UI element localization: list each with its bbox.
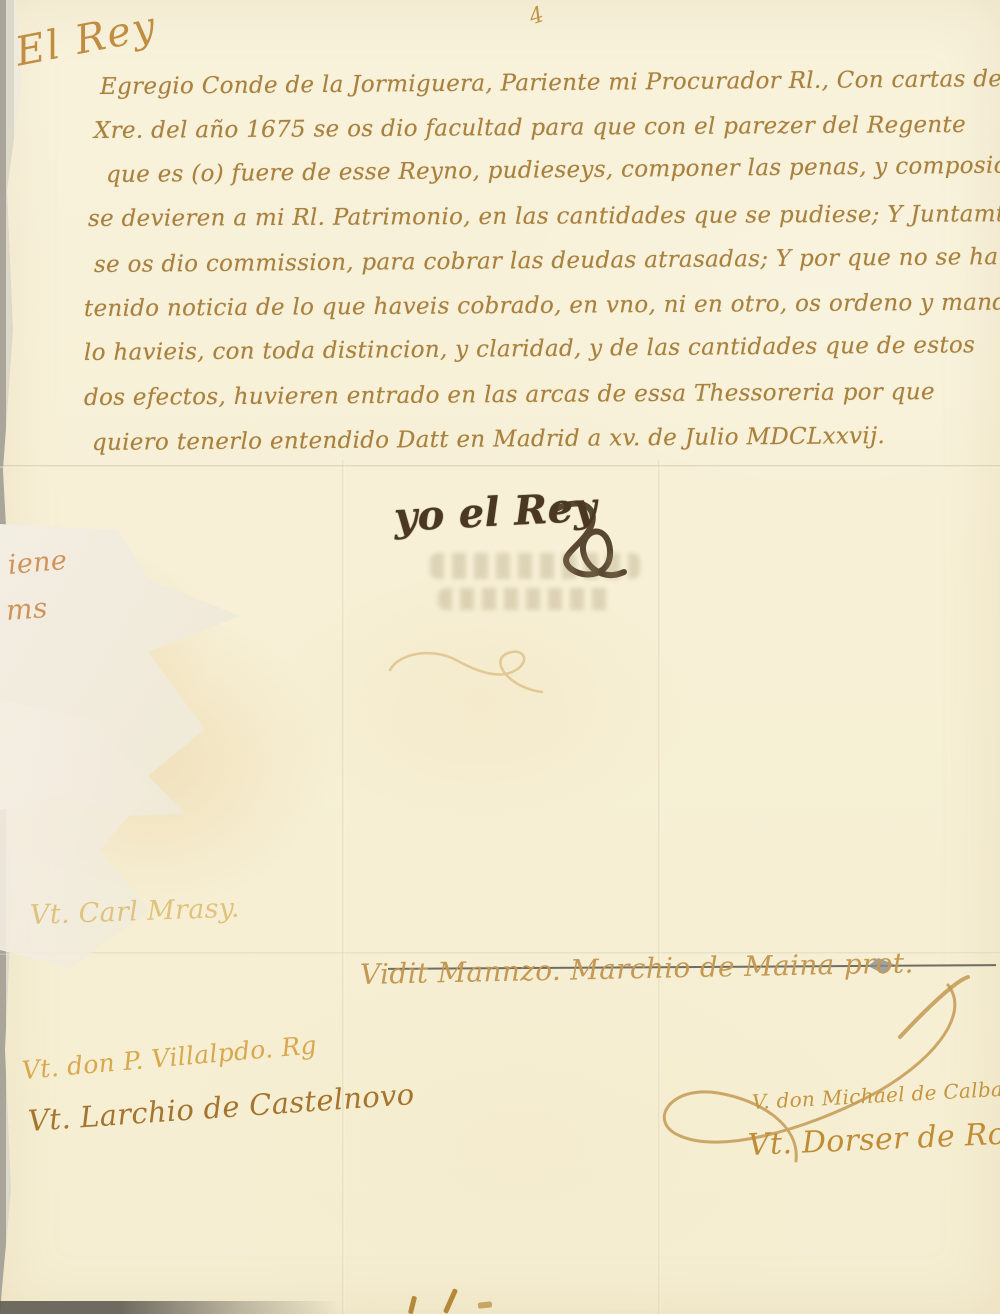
ink-bleedthrough	[438, 588, 613, 610]
scan-edge-strip	[0, 1301, 340, 1314]
bleed-fragment: iene	[7, 545, 69, 581]
bleed-fragment: ms	[5, 591, 49, 627]
manuscript-scan: 4 El Rey Egregio Conde de la Jormiguera,…	[0, 0, 1000, 1314]
ink-bleedthrough	[430, 553, 640, 579]
vertical-fold-crease	[342, 460, 345, 1314]
faint-flourish	[382, 636, 552, 702]
manuscript-line: se devieren a mi Rl. Patrimonio, en las …	[88, 201, 1000, 232]
horizontal-fold-crease	[0, 465, 1000, 468]
